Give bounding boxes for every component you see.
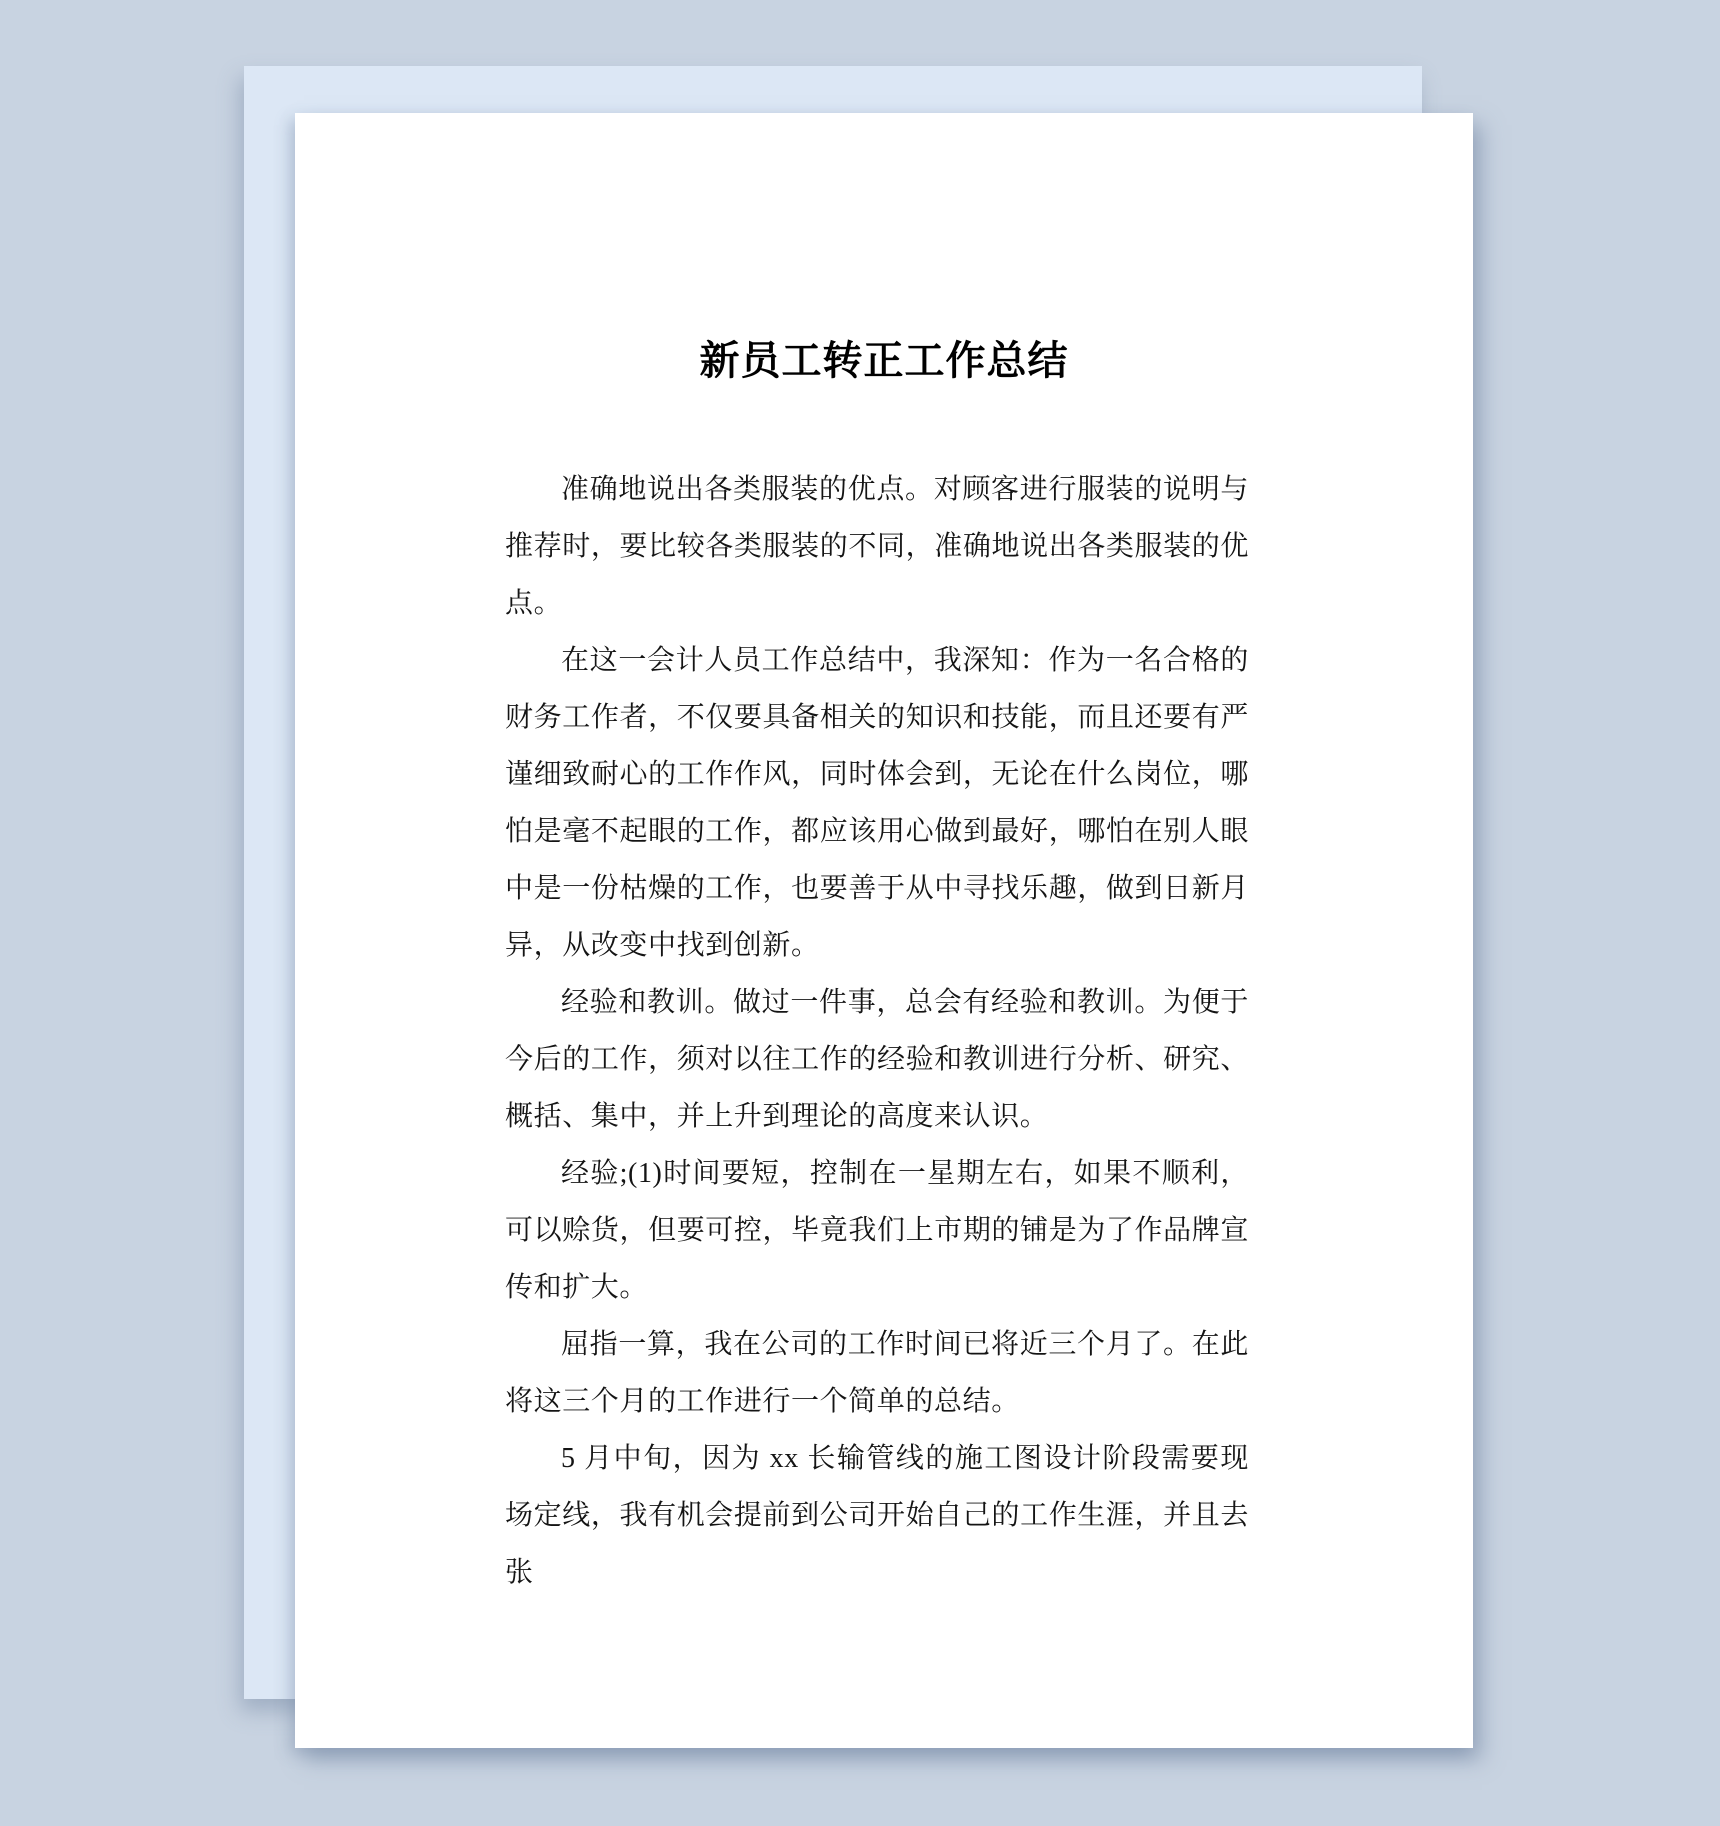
document-page: 新员工转正工作总结 准确地说出各类服装的优点。对顾客进行服装的说明与推荐时，要比… [295,113,1473,1748]
paragraph: 准确地说出各类服装的优点。对顾客进行服装的说明与推荐时，要比较各类服装的不同，准… [505,461,1249,632]
paragraph: 屈指一算，我在公司的工作时间已将近三个月了。在此将这三个月的工作进行一个简单的总… [505,1316,1249,1430]
paragraph: 经验和教训。做过一件事，总会有经验和教训。为便于今后的工作，须对以往工作的经验和… [505,974,1249,1145]
paragraph: 5 月中旬，因为 xx 长输管线的施工图设计阶段需要现场定线，我有机会提前到公司… [505,1430,1249,1601]
document-title: 新员工转正工作总结 [295,339,1473,383]
paragraph: 在这一会计人员工作总结中，我深知：作为一名合格的财务工作者，不仅要具备相关的知识… [505,632,1249,974]
document-body: 准确地说出各类服装的优点。对顾客进行服装的说明与推荐时，要比较各类服装的不同，准… [505,461,1249,1601]
paragraph: 经验;(1)时间要短，控制在一星期左右，如果不顺利，可以赊货，但要可控，毕竟我们… [505,1145,1249,1316]
desktop-background: { "page": { "title": "新员工转正工作总结", "parag… [0,0,1720,1826]
